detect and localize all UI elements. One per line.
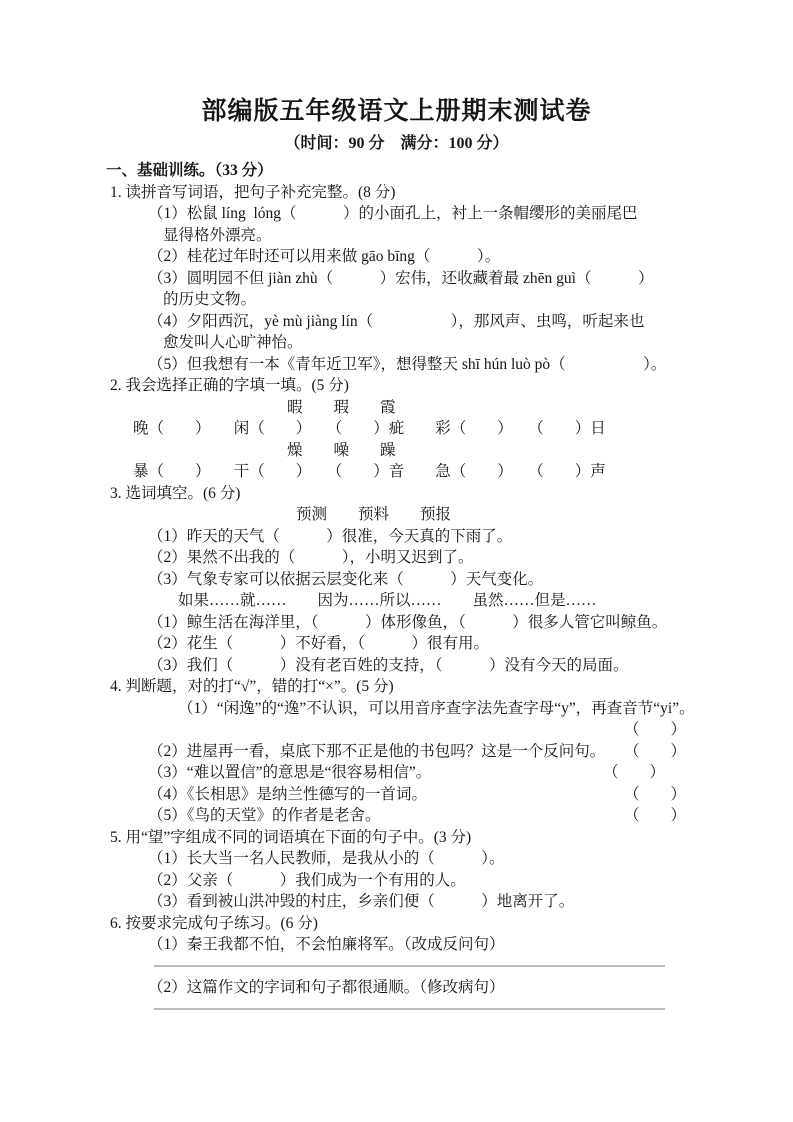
doc-line-text: 如果……就…… 因为……所以…… 虽然……但是…… [178,592,597,609]
doc-line: （3）气象专家可以依据云层变化来（ ）天气变化。 [0,569,793,591]
doc-line: （ ） [0,719,793,741]
judgment-parens: （ ） [624,741,686,763]
doc-line: （3）看到被山洪冲毁的村庄，乡亲们便（ ）地离开了。 [0,891,793,913]
doc-line: 显得格外漂亮。 [0,225,793,247]
doc-line: （2）桂花过年时还可以用来做 gāo bīng（ ）。 [0,246,793,268]
doc-line: 如果……就…… 因为……所以…… 虽然……但是…… [0,590,793,612]
doc-line: 5. 用“望”字组成不同的词语填在下面的句子中。(3 分) [0,827,793,849]
doc-line: （5）《鸟的天堂》的作者是老舍。（ ） [0,805,793,827]
doc-line-text: 暇 瑕 霞 [287,399,396,416]
doc-line-text: 的历史文物。 [163,291,256,308]
exam-time-score-info: （时间：90 分 满分：100 分） [0,134,793,153]
doc-line-text: 1. 读拼音写词语，把句子补充完整。(8 分) [110,184,395,201]
doc-line: （1）鲸生活在海洋里，（ ）体形像鱼，（ ）很多人管它叫鲸鱼。 [0,612,793,634]
doc-line: （4）《长相思》是纳兰性德写的一首词。（ ） [0,784,793,806]
section-heading: 一、基础训练。（33 分） [0,160,793,182]
doc-line: （2）这篇作文的字词和句子都很通顺。（修改病句） [0,977,793,999]
doc-line-text: （3）圆明园不但 jiàn zhù（ ）宏伟，还收藏着最 zhēn guì（ ） [148,270,653,287]
doc-line: 的历史文物。 [0,289,793,311]
doc-line: 晚（ ） 闲（ ） （ ）疵 彩（ ） （ ）日 [0,418,793,440]
doc-line: （1）昨天的天气（ ）很准，今天真的下雨了。 [0,526,793,548]
doc-line-text: （1）松鼠 líng lóng（ ）的小面孔上，衬上一条帽缨形的美丽尾巴 [148,205,638,222]
doc-line: （2）花生（ ）不好看，（ ）很有用。 [0,633,793,655]
doc-line-text: （ ） [624,721,686,738]
doc-line-text: 5. 用“望”字组成不同的词语填在下面的句子中。(3 分) [110,829,471,846]
doc-line: （3）我们（ ）没有老百姓的支持，（ ）没有今天的局面。 [0,655,793,677]
doc-line: 暇 瑕 霞 [0,397,793,419]
doc-line-text: （1）昨天的天气（ ）很准，今天真的下雨了。 [148,528,512,545]
doc-line-text: 3. 选词填空。(6 分) [110,485,240,502]
doc-line-text: 暴（ ） 干（ ） （ ）音 急（ ） （ ）声 [133,463,606,480]
doc-line: 1. 读拼音写词语，把句子补充完整。(8 分) [0,182,793,204]
doc-line: （2）父亲（ ）我们成为一个有用的人。 [0,870,793,892]
doc-line: （5）但我想有一本《青年近卫军》，想得整天 shī hún luò pò（ ）。 [0,354,793,376]
doc-line-text: （5）但我想有一本《青年近卫军》，想得整天 shī hún luò pò（ ）。 [148,356,666,373]
doc-line-text: 6. 按要求完成句子练习。(6 分) [110,915,318,932]
doc-line: 燥 噪 躁 [0,440,793,462]
doc-line-text: 4. 判断题，对的打“√”，错的打“×”。(5 分) [110,678,394,695]
doc-line-text: （2）花生（ ）不好看，（ ）很有用。 [148,635,489,652]
doc-line-text: （1）鲸生活在海洋里，（ ）体形像鱼，（ ）很多人管它叫鲸鱼。 [148,614,667,631]
doc-line-text: （3）气象专家可以依据云层变化来（ ）天气变化。 [148,571,543,588]
doc-line-text: （3）看到被山洪冲毁的村庄，乡亲们便（ ）地离开了。 [148,893,574,910]
doc-line-text: 预测 预料 预报 [296,506,451,523]
doc-line-text: （2）进屋再一看，桌底下那不正是他的书包吗？这是一个反问句。 [148,741,605,763]
doc-line-text: （1）秦王我都不怕，不会怕廉将军。（改成反问句） [148,936,505,953]
exam-paper-page: 部编版五年级语文上册期末测试卷 （时间：90 分 满分：100 分） 一、基础训… [0,0,793,1122]
doc-line-text: （1）长大当一名人民教师，是我从小的（ ）。 [148,850,505,867]
doc-line-text: 显得格外漂亮。 [163,227,272,244]
answer-line [0,999,793,1021]
doc-line: 3. 选词填空。(6 分) [0,483,793,505]
doc-line: 愈发叫人心旷神怡。 [0,332,793,354]
doc-line-text: （2）果然不出我的（ ），小明又迟到了。 [148,549,474,566]
doc-line-text: （3）我们（ ）没有老百姓的支持，（ ）没有今天的局面。 [148,657,629,674]
doc-line: （1）“闲逸”的“逸”不认识，可以用音序查字法先查字母“y”，再查音节“yi”。 [0,698,793,720]
doc-line: （3）圆明园不但 jiàn zhù（ ）宏伟，还收藏着最 zhēn guì（ ） [0,268,793,290]
judgment-parens: （ ） [603,762,665,784]
judgment-parens: （ ） [624,784,686,806]
doc-line-text: （2）父亲（ ）我们成为一个有用的人。 [148,872,466,889]
doc-line: 2. 我会选择正确的字填一填。(5 分) [0,375,793,397]
document-body: 1. 读拼音写词语，把句子补充完整。(8 分)（1）松鼠 líng lóng（ … [0,182,793,1021]
doc-line: 6. 按要求完成句子练习。(6 分) [0,913,793,935]
doc-line-text: （2）这篇作文的字词和句子都很通顺。（修改病句） [148,979,505,996]
doc-line: （2）进屋再一看，桌底下那不正是他的书包吗？这是一个反问句。（ ） [0,741,793,763]
doc-line-text: （5）《鸟的天堂》的作者是老舍。 [148,805,381,827]
doc-line-text: 燥 噪 躁 [287,442,396,459]
answer-line [0,956,793,978]
doc-line: （3）“难以置信”的意思是“很容易相信”。（ ） [0,762,793,784]
doc-line: （2）果然不出我的（ ），小明又迟到了。 [0,547,793,569]
doc-line: 暴（ ） 干（ ） （ ）音 急（ ） （ ）声 [0,461,793,483]
doc-line-text: 晚（ ） 闲（ ） （ ）疵 彩（ ） （ ）日 [133,420,606,437]
doc-line-text: （4）夕阳西沉，yè mù jiàng lín（ ），那风声、虫鸣，听起来也 [148,313,644,330]
doc-line: （4）夕阳西沉，yè mù jiàng lín（ ），那风声、虫鸣，听起来也 [0,311,793,333]
doc-line-text: （2）桂花过年时还可以用来做 gāo bīng（ ）。 [148,248,500,265]
doc-line: （1）长大当一名人民教师，是我从小的（ ）。 [0,848,793,870]
doc-line: （1）秦王我都不怕，不会怕廉将军。（改成反问句） [0,934,793,956]
page-title: 部编版五年级语文上册期末测试卷 [0,96,793,127]
doc-line-text: （4）《长相思》是纳兰性德写的一首词。 [148,784,427,806]
answer-underline [154,1008,665,1010]
doc-line-text: （1）“闲逸”的“逸”不认识，可以用音序查字法先查字母“y”，再查音节“yi”。 [178,700,695,717]
doc-line: 预测 预料 预报 [0,504,793,526]
doc-line-text: 2. 我会选择正确的字填一填。(5 分) [110,377,349,394]
answer-underline [154,965,665,967]
doc-line-text: （3）“难以置信”的意思是“很容易相信”。 [148,762,431,784]
doc-line-text: 愈发叫人心旷神怡。 [163,334,303,351]
doc-line: 4. 判断题，对的打“√”，错的打“×”。(5 分) [0,676,793,698]
doc-line: （1）松鼠 líng lóng（ ）的小面孔上，衬上一条帽缨形的美丽尾巴 [0,203,793,225]
judgment-parens: （ ） [624,805,686,827]
